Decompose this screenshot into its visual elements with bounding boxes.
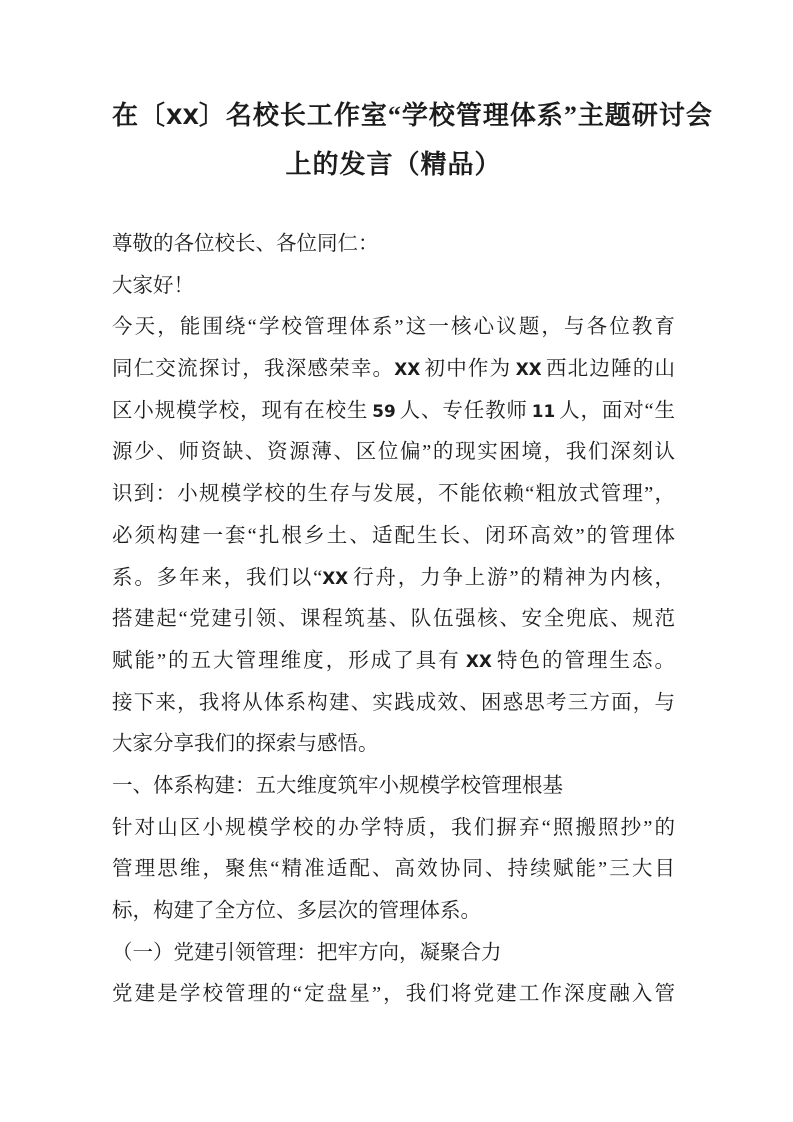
text-line: 大家好！ xyxy=(112,266,675,308)
title-line: 上的发言（精品） xyxy=(112,141,675,188)
text-line: 今天，能围绕“学校管理体系”这一核心议题，与各位教育 xyxy=(112,307,675,349)
latin-text: XX xyxy=(166,105,199,130)
text-line: （一）党建引领管理：把牢方向，凝聚合力 xyxy=(112,933,675,975)
text-line: 系。多年来，我们以“XX 行舟，力争上游”的精神为内核， xyxy=(112,558,675,600)
document-body: 尊敬的各位校长、各位同仁：大家好！今天，能围绕“学校管理体系”这一核心议题，与各… xyxy=(112,224,675,1016)
latin-text: XX xyxy=(466,651,492,671)
text-line: 接下来，我将从体系构建、实践成效、困惑思考三方面，与 xyxy=(112,683,675,725)
text-line: 区小规模学校，现有在校生 59 人、专任教师 11 人，面对“生 xyxy=(112,391,675,433)
latin-text: XX xyxy=(516,359,542,379)
text-line: 一、体系构建：五大维度筑牢小规模学校管理根基 xyxy=(112,766,675,808)
latin-text: XX xyxy=(322,568,348,588)
text-line: 尊敬的各位校长、各位同仁： xyxy=(112,224,675,266)
document-page: 在〔XX〕名校长工作室“学校管理体系”主题研讨会上的发言（精品） 尊敬的各位校长… xyxy=(0,0,793,1122)
document-title: 在〔XX〕名校长工作室“学校管理体系”主题研讨会上的发言（精品） xyxy=(112,92,675,188)
text-line: 党建是学校管理的“定盘星”，我们将党建工作深度融入管 xyxy=(112,974,675,1016)
text-line: 大家分享我们的探索与感悟。 xyxy=(112,724,675,766)
latin-text: XX xyxy=(394,359,420,379)
text-line: 赋能”的五大管理维度，形成了具有 XX 特色的管理生态。 xyxy=(112,641,675,683)
text-line: 源少、师资缺、资源薄、区位偏”的现实困境，我们深刻认 xyxy=(112,432,675,474)
text-line: 标，构建了全方位、多层次的管理体系。 xyxy=(112,891,675,933)
text-line: 搭建起“党建引领、课程筑基、队伍强核、安全兜底、规范 xyxy=(112,599,675,641)
text-line: 管理思维，聚焦“精准适配、高效协同、持续赋能”三大目 xyxy=(112,849,675,891)
text-line: 识到：小规模学校的生存与发展，不能依赖“粗放式管理”， xyxy=(112,474,675,516)
latin-text: 59 xyxy=(372,401,395,421)
text-line: 针对山区小规模学校的办学特质，我们摒弃“照搬照抄”的 xyxy=(112,808,675,850)
text-line: 同仁交流探讨，我深感荣幸。XX 初中作为 XX 西北边陲的山 xyxy=(112,349,675,391)
title-line: 在〔XX〕名校长工作室“学校管理体系”主题研讨会 xyxy=(112,92,675,141)
latin-text: 11 xyxy=(532,401,555,421)
document-content: 在〔XX〕名校长工作室“学校管理体系”主题研讨会上的发言（精品） 尊敬的各位校长… xyxy=(0,0,793,1016)
text-line: 必须构建一套“扎根乡土、适配生长、闭环高效”的管理体 xyxy=(112,516,675,558)
